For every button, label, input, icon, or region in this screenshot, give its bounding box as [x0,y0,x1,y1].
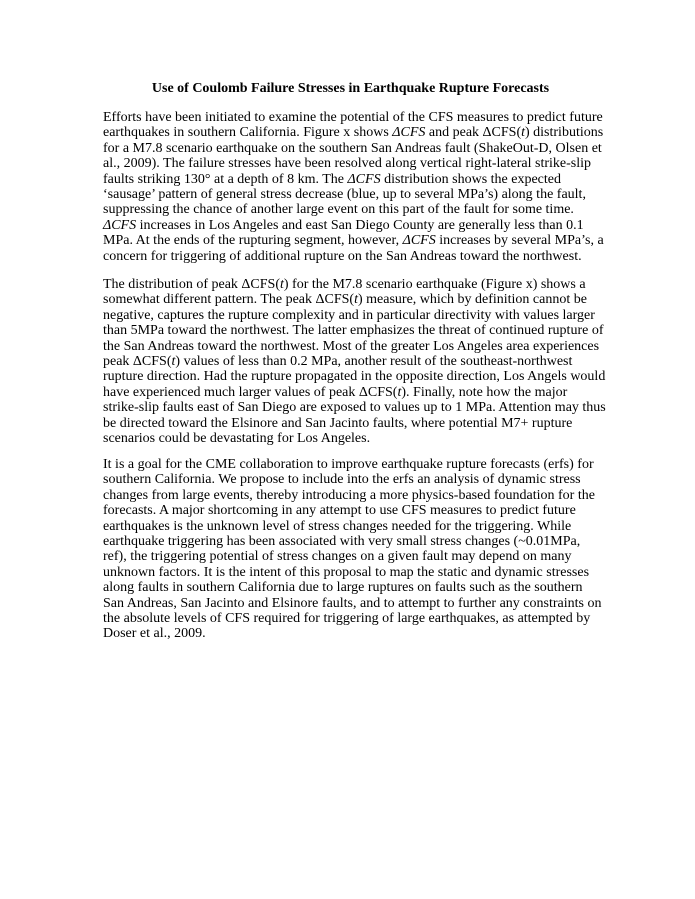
text-segment: ) distributions [525,125,603,140]
text-line: The distribution of peak ΔCFS(t) for the… [103,277,623,292]
text-line: forecasts. A major shortcoming in any at… [103,503,623,518]
text-segment: ). Finally, note how the major [401,385,567,400]
paragraph-cme-goal: It is a goal for the CME collaboration t… [103,457,623,642]
text-line: al., 2009). The failure stresses have be… [103,156,623,171]
text-line: ‘sausage’ pattern of general stress decr… [103,187,623,202]
text-line: San Andreas, San Jacinto and Elsinore fa… [103,596,623,611]
text-segment: for a M7.8 scenario earthquake on the so… [103,141,602,156]
text-segment: peak ΔCFS( [103,354,172,369]
text-segment: be directed toward the Elsinore and San … [103,416,572,431]
text-segment: concern for triggering of additional rup… [103,249,582,264]
text-line: strike-slip faults east of San Diego are… [103,400,623,415]
text-segment: scenarios could be devastating for Los A… [103,431,370,446]
text-line: concern for triggering of additional rup… [103,249,623,264]
text-segment: ‘sausage’ pattern of general stress decr… [103,187,586,202]
text-segment: have experienced much larger values of p… [103,385,397,400]
text-line: the absolute levels of CFS required for … [103,611,623,626]
text-line: Efforts have been initiated to examine t… [103,110,623,125]
text-line: be directed toward the Elsinore and San … [103,416,623,431]
text-segment: earthquakes is the unknown level of stre… [103,519,571,534]
document-page: Use of Coulomb Failure Stresses in Earth… [0,0,695,899]
text-segment: al., 2009). The failure stresses have be… [103,156,591,171]
text-line: rupture direction. Had the rupture propa… [103,369,623,384]
text-line: ΔCFS increases in Los Angeles and east S… [103,218,623,233]
text-segment: It is a goal for the CME collaboration t… [103,457,594,472]
text-line: faults striking 130° at a depth of 8 km.… [103,172,623,187]
text-segment: ref), the triggering potential of stress… [103,549,571,564]
text-segment: Doser et al., 2009. [103,626,206,641]
text-line: than 5MPa toward the northwest. The latt… [103,323,623,338]
text-segment: ) for the M7.8 scenario earthquake (Figu… [284,277,586,292]
text-line: unknown factors. It is the intent of thi… [103,565,623,580]
text-segment: southern California. We propose to inclu… [103,472,581,487]
text-segment: somewhat different pattern. The peak ΔCF… [103,292,354,307]
text-line: negative, captures the rupture complexit… [103,308,623,323]
document-title: Use of Coulomb Failure Stresses in Earth… [103,81,598,96]
text-line: peak ΔCFS(t) values of less than 0.2 MPa… [103,354,623,369]
text-segment: changes from large events, thereby intro… [103,488,595,503]
text-segment: ) measure, which by definition cannot be [358,292,587,307]
text-line: the San Andreas toward the northwest. Mo… [103,339,623,354]
text-segment: than 5MPa toward the northwest. The latt… [103,323,603,338]
text-segment: the absolute levels of CFS required for … [103,611,590,626]
text-line: MPa. At the ends of the rupturing segmen… [103,233,623,248]
italic-term: ΔCFS [347,172,380,187]
text-line: have experienced much larger values of p… [103,385,623,400]
text-line: earthquakes in southern California. Figu… [103,125,623,140]
text-segment: ) values of less than 0.2 MPa, another r… [175,354,572,369]
text-segment: rupture direction. Had the rupture propa… [103,369,605,384]
text-line: changes from large events, thereby intro… [103,488,623,503]
text-segment: the San Andreas toward the northwest. Mo… [103,339,599,354]
text-line: along faults in southern California due … [103,580,623,595]
text-line: earthquake triggering has been associate… [103,534,623,549]
text-segment: MPa. At the ends of the rupturing segmen… [103,233,403,248]
text-line: southern California. We propose to inclu… [103,472,623,487]
text-segment: The distribution of peak ΔCFS( [103,277,280,292]
text-segment: Efforts have been initiated to examine t… [103,110,603,125]
paragraph-cfs-overview: Efforts have been initiated to examine t… [103,110,623,264]
text-line: It is a goal for the CME collaboration t… [103,457,623,472]
text-segment: suppressing the chance of another large … [103,202,574,217]
text-line: scenarios could be devastating for Los A… [103,431,623,446]
text-segment: and peak ΔCFS( [425,125,521,140]
text-segment: strike-slip faults east of San Diego are… [103,400,606,415]
text-segment: unknown factors. It is the intent of thi… [103,565,589,580]
text-segment: San Andreas, San Jacinto and Elsinore fa… [103,596,601,611]
text-line: earthquakes is the unknown level of stre… [103,519,623,534]
text-segment: earthquakes in southern California. Figu… [103,125,392,140]
text-segment: negative, captures the rupture complexit… [103,308,595,323]
text-segment: forecasts. A major shortcoming in any at… [103,503,576,518]
text-line: ref), the triggering potential of stress… [103,549,623,564]
italic-term: ΔCFS [403,233,436,248]
text-line: for a M7.8 scenario earthquake on the so… [103,141,623,156]
paragraph-peak-cfs: The distribution of peak ΔCFS(t) for the… [103,277,623,446]
italic-term: ΔCFS [392,125,425,140]
text-segment: distribution shows the expected [381,172,561,187]
text-line: somewhat different pattern. The peak ΔCF… [103,292,623,307]
text-line: Doser et al., 2009. [103,626,623,641]
text-segment: faults striking 130° at a depth of 8 km.… [103,172,347,187]
text-line: suppressing the chance of another large … [103,202,623,217]
text-segment: earthquake triggering has been associate… [103,534,580,549]
italic-term: ΔCFS [103,218,136,233]
text-segment: along faults in southern California due … [103,580,583,595]
text-segment: increases by several MPa’s, a [436,233,604,248]
text-segment: increases in Los Angeles and east San Di… [136,218,584,233]
